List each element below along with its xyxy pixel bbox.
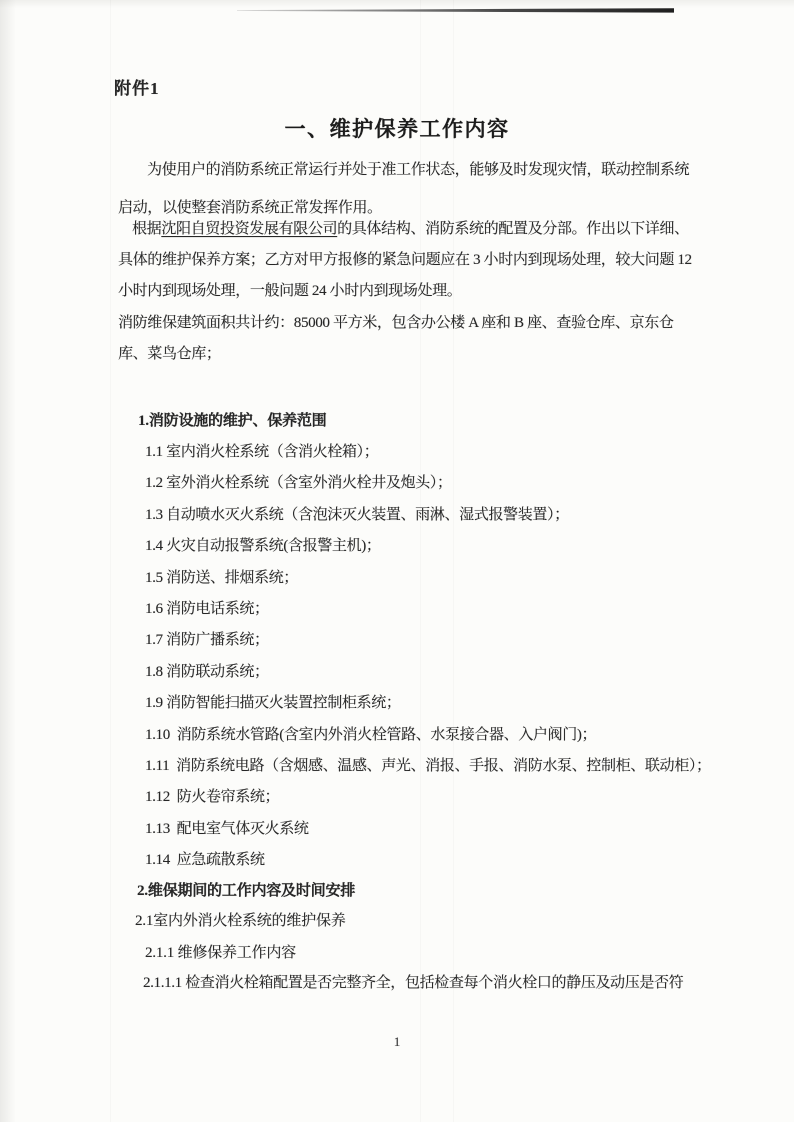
list-item: 1.4 火灾自动报警系统(含报警主机)； — [145, 531, 745, 562]
document-title: 一、维护保养工作内容 — [0, 113, 794, 143]
list-item: 1.11 消防系统电路（含烟感、温感、声光、消报、手报、消防水泵、控制柜、联动柜… — [145, 751, 745, 782]
list-item: 1.5 消防送、排烟系统； — [145, 563, 745, 594]
list-item: 1.2 室外消火栓系统（含室外消火栓井及炮头）； — [145, 468, 745, 499]
list-item: 1.8 消防联动系统； — [145, 657, 745, 688]
page-number: 1 — [0, 1034, 794, 1050]
list-item: 1.9 消防智能扫描灭火装置控制柜系统； — [145, 688, 745, 719]
list-item: 1.12 防火卷帘系统； — [145, 782, 745, 813]
list-item: 1.14 应急疏散系统 — [145, 845, 745, 876]
list-item: 1.7 消防广播系统； — [145, 625, 745, 656]
list-item: 1.13 配电室气体灭火系统 — [145, 814, 745, 845]
scan-artifact-line — [110, 0, 111, 1122]
paragraph-text: 根据 — [132, 221, 161, 237]
list-item: 1.10 消防系统水管路(含室内外消火栓管路、水泵接合器、入户阀门)； — [145, 720, 745, 751]
subsection-2-1-1: 2.1.1 维修保养工作内容 — [145, 941, 296, 962]
list-item: 1.6 消防电话系统； — [145, 594, 745, 625]
scan-edge-shading-left — [0, 0, 16, 1122]
scan-edge-shading-top — [0, 0, 794, 8]
subsection-2-1-1-1: 2.1.1.1 检查消火栓箱配置是否完整齐全，包括检查每个消火栓口的静压及动压是… — [143, 971, 703, 992]
section2-heading: 2.维保期间的工作内容及时间安排 — [137, 879, 355, 900]
attachment-label: 附件1 — [114, 74, 160, 99]
subsection-2-1: 2.1室内外消火栓系统的维护保养 — [135, 909, 346, 930]
maintenance-scope-list: 1.1 室内消火栓系统（含消火栓箱）； 1.2 室外消火栓系统（含室外消火栓井及… — [145, 437, 745, 877]
intro-paragraph-3: 消防维保建筑面积共计约：85000 平方米，包含办公楼 A 座和 B 座、查验仓… — [118, 308, 692, 370]
company-name-underlined: 沈阳自贸投资发展有限公司 — [161, 221, 337, 237]
list-item: 1.3 自动喷水灭火系统（含泡沫灭火装置、雨淋、湿式报警装置）； — [145, 500, 745, 531]
scan-artifact-top-line — [237, 8, 674, 13]
list-item: 1.1 室内消火栓系统（含消火栓箱）； — [145, 437, 745, 468]
intro-paragraph-2: 根据沈阳自贸投资发展有限公司的具体结构、消防系统的配置及分部。作出以下详细、具体… — [118, 214, 692, 307]
section1-heading: 1.消防设施的维护、保养范围 — [138, 409, 326, 430]
scanned-document-page: 附件1 一、维护保养工作内容 为使用户的消防系统正常运行并处于准工作状态，能够及… — [0, 0, 794, 1122]
